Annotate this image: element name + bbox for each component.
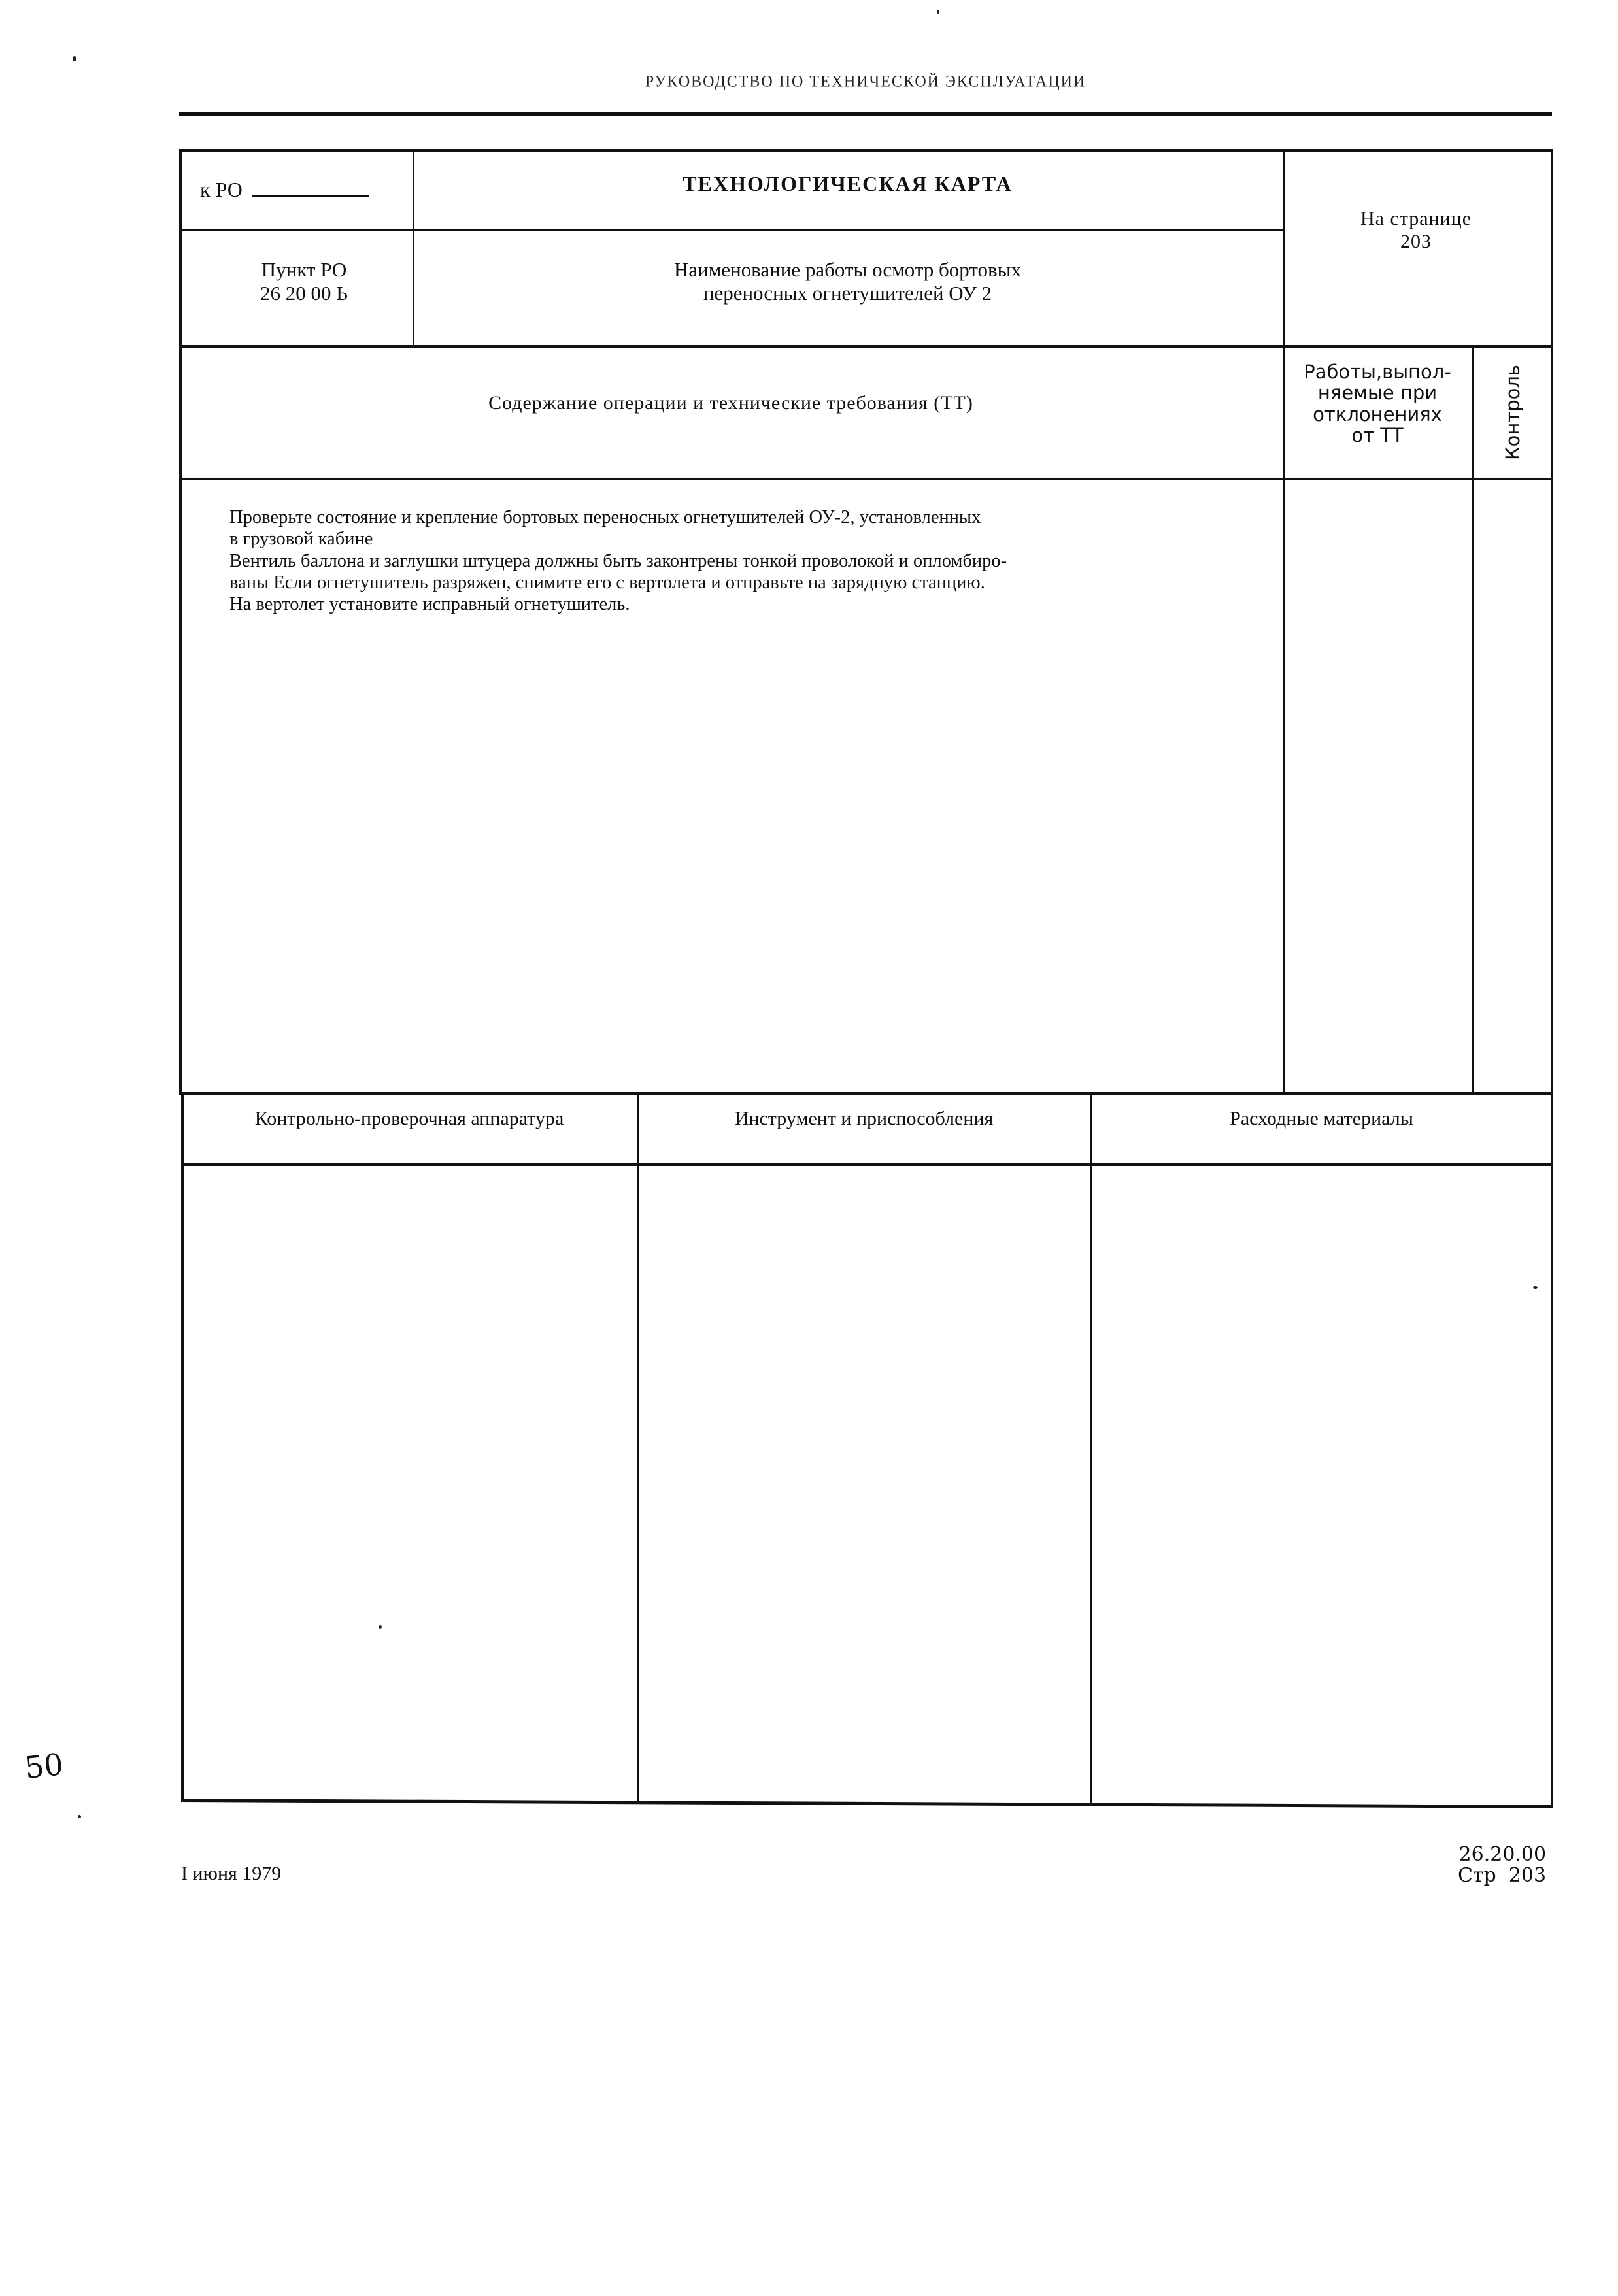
deviation-header-line: от ТТ — [1283, 425, 1472, 446]
footer-page-code: 26.20.00 Стр 203 — [1458, 1844, 1546, 1886]
resources-header-divider — [181, 1163, 1553, 1166]
resources-top-border — [179, 1092, 1553, 1095]
resources-right-border — [1551, 1092, 1553, 1805]
on-page-number: 203 — [1283, 231, 1549, 254]
tools-column-header: Инструмент и приспособления — [637, 1108, 1090, 1130]
footer-section-code: 26.20.00 — [1458, 1844, 1546, 1865]
scan-speck — [937, 10, 939, 14]
ref-label: к РО — [200, 178, 243, 201]
table-right-border — [1551, 149, 1553, 1093]
card-title: ТЕХНОЛОГИЧЕСКАЯ КАРТА — [413, 172, 1283, 196]
divider-title-row — [179, 229, 1284, 231]
divider-title-page — [1283, 149, 1285, 1093]
operation-line: в грузовой кабине — [229, 528, 1275, 550]
content-column-header: Содержание операции и технические требов… — [179, 392, 1283, 415]
deviation-header-line: няемые при — [1283, 382, 1472, 403]
work-name-line: переносных огнетушителей ОУ 2 — [413, 282, 1283, 305]
operation-line: Вентиль баллона и заглушки штуцера должн… — [229, 550, 1275, 572]
table-top-border — [179, 149, 1553, 152]
divider-column-headers — [179, 478, 1553, 480]
scan-speck — [78, 1815, 81, 1818]
footer-page-number: 203 — [1509, 1864, 1546, 1887]
divider-equipment-tools — [637, 1092, 639, 1803]
control-column-header: Контроль — [1472, 345, 1553, 479]
deviation-header-line: Работы,выпол- — [1283, 361, 1472, 382]
running-header: РУКОВОДСТВО ПО ТЕХНИЧЕСКОЙ ЭКСПЛУАТАЦИИ — [179, 73, 1552, 91]
punkt-number: 26 20 00 Ь — [196, 282, 412, 305]
on-page-block: На странице 203 — [1283, 208, 1549, 253]
scan-speck — [73, 56, 76, 61]
work-name-line: Наименование работы осмотр бортовых — [413, 258, 1283, 282]
divider-tools-materials — [1090, 1092, 1092, 1805]
operation-line: ваны Если огнетушитель разряжен, снимите… — [229, 572, 1275, 593]
operation-content: Проверьте состояние и крепление бортовых… — [229, 507, 1275, 616]
divider-header-block — [179, 345, 1553, 348]
footer-date: I июня 1979 — [181, 1863, 281, 1885]
resources-bottom-border — [181, 1799, 1553, 1808]
operation-line: Проверьте состояние и крепление бортовых… — [229, 507, 1275, 528]
footer-page-label: Стр — [1458, 1864, 1496, 1887]
equipment-column-header: Контрольно-проверочная аппаратура — [181, 1108, 637, 1130]
table-left-border — [179, 149, 182, 1093]
scan-speck — [379, 1625, 382, 1629]
header-rule — [179, 112, 1552, 116]
ref-field: к РО — [200, 178, 369, 202]
operation-line: На вертолет установите исправный огнетуш… — [229, 593, 1275, 615]
footer-page: Стр 203 — [1458, 1865, 1546, 1886]
resources-left-border — [181, 1092, 184, 1802]
on-page-label: На странице — [1283, 208, 1549, 231]
control-header-label: Контроль — [1502, 365, 1524, 460]
deviation-column-header: Работы,выпол- няемые при отклонениях от … — [1283, 361, 1472, 446]
work-name: Наименование работы осмотр бортовых пере… — [413, 258, 1283, 305]
scan-speck — [1533, 1286, 1538, 1289]
margin-handwritten-number: 50 — [23, 1746, 65, 1786]
deviation-header-line: отклонениях — [1283, 404, 1472, 425]
materials-column-header: Расходные материалы — [1090, 1108, 1553, 1130]
punkt-block: Пункт РО 26 20 00 Ь — [196, 258, 412, 305]
ref-blank-line — [252, 180, 369, 197]
punkt-label: Пункт РО — [196, 258, 412, 282]
